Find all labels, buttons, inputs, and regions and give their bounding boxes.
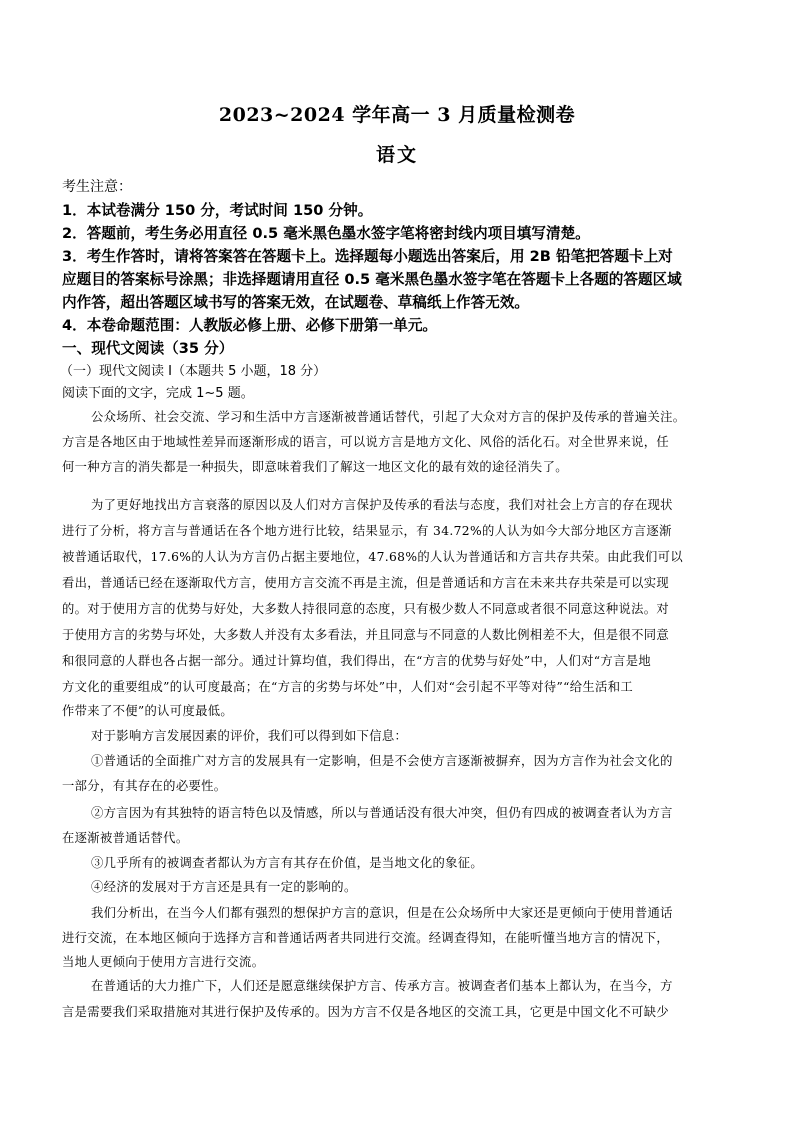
passage-line: 作带来了不便”的认可度最低。 [62,701,742,719]
passage-line: 于使用方言的劣势与坏处，大多数人并没有太多看法，并且同意与不同意的人数比例相差不… [62,625,742,643]
passage-line: 对于影响方言发展因素的评价，我们可以得到如下信息： [91,726,741,744]
passage-line: 为了更好地找出方言衰落的原因以及人们对方言保护及传承的看法与态度，我们对社会上方… [91,495,741,513]
passage-line: 的。对于使用方言的优势与好处，大多数人持很同意的态度，只有极少数人不同意或者很不… [62,599,742,617]
section-subheading: （一）现代文阅读 I（本题共 5 小题，18 分） [60,360,740,379]
passage-line: 言是需要我们采取措施对其进行保护及传承的。因为方言不仅是各地区的交流工具，它更是… [62,1002,742,1020]
passage-line: 一部分，有其存在的必要性。 [62,776,742,794]
passage-line: 被普通话取代，17.6%的人认为方言仍占据主要地位，47.68%的人认为普通话和… [62,547,742,565]
notice-item: 3．考生作答时，请将答案答在答题卡上。选择题每小题选出答案后，用 2B 铅笔把答… [62,245,742,266]
notice-item: 2．答题前，考生务必用直径 0.5 毫米黑色墨水签字笔将密封线内项目填写清楚。 [62,222,742,243]
passage-line: 进行了分析，将方言与普通话在各个地方进行比较，结果显示，有 34.72%的人认为… [62,521,742,539]
passage-line: ①普通话的全面推广对方言的发展具有一定影响，但是不会使方言逐渐被摒弃，因为方言作… [91,751,741,769]
notice-item: 4．本卷命题范围：人教版必修上册、必修下册第一单元。 [62,314,742,335]
section-heading: 一、现代文阅读（35 分） [62,337,742,358]
passage-line: 方言是各地区由于地域性差异而逐渐形成的语言，可以说方言是地方文化、风俗的活化石。… [62,432,742,450]
passage-line: ③几乎所有的被调查者都认为方言有其存在价值，是当地文化的象征。 [91,853,741,871]
passage-line: ④经济的发展对于方言还是具有一定的影响的。 [91,877,741,895]
passage-line: ②方言因为有其独特的语言特色以及情感，所以与普通话没有很大冲突，但仍有四成的被调… [91,803,741,821]
passage-line: 看出，普通话已经在逐渐取代方言，使用方言交流不再是主流，但是普通话和方言在未来共… [62,573,742,591]
passage-line: 在普通话的大力推广下，人们还是愿意继续保护方言、传承方言。被调查者们基本上都认为… [91,976,741,994]
passage-line: 公众场所、社会交流、学习和生活中方言逐渐被普通话替代，引起了大众对方言的保护及传… [91,407,741,425]
passage-line: 我们分析出，在当今人们都有强烈的想保护方言的意识，但是在公众场所中大家还是更倾向… [91,903,741,921]
passage-line: 何一种方言的消失都是一种损失，即意味着我们了解这一地区文化的最有效的途径消失了。 [62,457,742,475]
notice-item: 1．本试卷满分 150 分，考试时间 150 分钟。 [62,199,742,220]
passage-line: 和很同意的人群也各占据一部分。通过计算均值，我们得出，在“方言的优势与好处”中，… [62,651,742,669]
notice-item: 应题目的答案标号涂黑；非选择题请用直径 0.5 毫米黑色墨水签字笔在答题卡上各题… [62,268,742,289]
passage-line: 进行交流，在本地区倾向于选择方言和普通话两者共同进行交流。经调查得知，在能听懂当… [62,928,742,946]
passage-line: 方文化的重要组成”的认可度最高；在“方言的劣势与坏处”中，人们对“会引起不平等对… [62,677,742,695]
reading-instruction: 阅读下面的文字，完成 1~5 题。 [62,382,742,401]
passage-line: 当地人更倾向于使用方言进行交流。 [62,952,742,970]
exam-page: 2023~2024 学年高一 3 月质量检测卷 语文 考生注意： 1．本试卷满分… [0,0,794,1123]
subject-title: 语文 [0,140,794,167]
notice-heading: 考生注意： [62,176,742,196]
notice-item: 内作答，超出答题区域书写的答案无效，在试题卷、草稿纸上作答无效。 [62,291,742,312]
passage-line: 在逐渐被普通话替代。 [62,828,742,846]
exam-title: 2023~2024 学年高一 3 月质量检测卷 [0,100,794,127]
